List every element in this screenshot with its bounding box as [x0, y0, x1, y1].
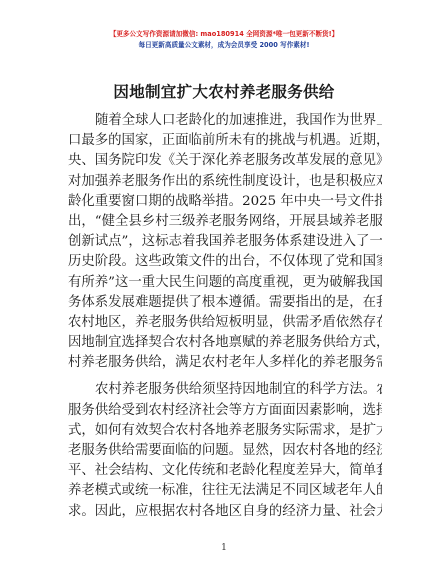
text-line: 因地制宜选择契合农村各地禀赋的养老服务供给方式，扩大农 [68, 333, 382, 353]
text-line: 龄化重要窗口期的战略举措。2025 年中央一号文件指 [68, 192, 382, 212]
text-line: 出，“健全县乡村三级养老服务网络，开展县域养老服务体系 [68, 212, 382, 232]
document-body: 随着全球人口老龄化的加速推进，我国作为世界上老年人 口最多的国家，正面临前所未有… [68, 111, 382, 522]
promo-banner-line-2: 每日更新高质量公文素材，成为会员享受 2000 写作素材! [0, 39, 448, 49]
text-line: 历史阶段。这些政策文件的出台，不仅体现了党和国家对“老 [68, 252, 382, 272]
text-line: 求。因此，应根据农村各地区自身的经济力量、社会力量、风 [68, 502, 382, 522]
paragraph-1: 随着全球人口老龄化的加速推进，我国作为世界上老年人 口最多的国家，正面临前所未有… [68, 111, 382, 373]
paragraph-spacer [68, 373, 382, 380]
text-line: 农村养老服务供给须坚持因地制宜的科学方法。农村养老 [68, 380, 382, 400]
document-title: 因地制宜扩大农村养老服务供给 [0, 80, 448, 102]
paragraph-2: 农村养老服务供给须坚持因地制宜的科学方法。农村养老 服务供给受到农村经济社会等方… [68, 380, 382, 521]
text-line: 式，如何有效契合农村各地养老服务实际需求，是扩大农村养 [68, 421, 382, 441]
text-line: 老服务供给需要面临的问题。显然，因农村各地的经济发展水 [68, 441, 382, 461]
text-line: 农村地区，养老服务供给短板明显，供需矛盾依然存在，亟须 [68, 313, 382, 333]
text-line: 创新试点”，这标志着我国养老服务体系建设进入了一个新的 [68, 232, 382, 252]
promo-banner-line-1: 【更多公文写作资源请加微信: mao180914 全网资源*唯一包更新不断货!】 [0, 28, 448, 38]
page-number: 1 [0, 543, 448, 553]
text-line: 平、社会结构、文化传统和老龄化程度差异大，简单套用城市 [68, 461, 382, 481]
text-line: 口最多的国家，正面临前所未有的挑战与机遇。近期，中共中 [68, 131, 382, 151]
text-line: 养老模式或统一标准，往往无法满足不同区域老年人的实际需 [68, 481, 382, 501]
text-line: 村养老服务供给，满足农村老年人多样化的养老服务需求。 [68, 353, 382, 373]
text-line: 务体系发展难题提供了根本遵循。需要指出的是，在我国广大 [68, 293, 382, 313]
text-line: 对加强养老服务作出的系统性制度设计，也是积极应对人口老 [68, 172, 382, 192]
text-line: 央、国务院印发《关于深化养老服务改革发展的意见》，这是 [68, 151, 382, 171]
text-line: 服务供给受到农村经济社会等方方面面因素影响，选择何种方 [68, 401, 382, 421]
text-line: 有所养”这一重大民生问题的高度重视，更为破解我国养老服 [68, 273, 382, 293]
text-line: 随着全球人口老龄化的加速推进，我国作为世界上老年人 [68, 111, 382, 131]
